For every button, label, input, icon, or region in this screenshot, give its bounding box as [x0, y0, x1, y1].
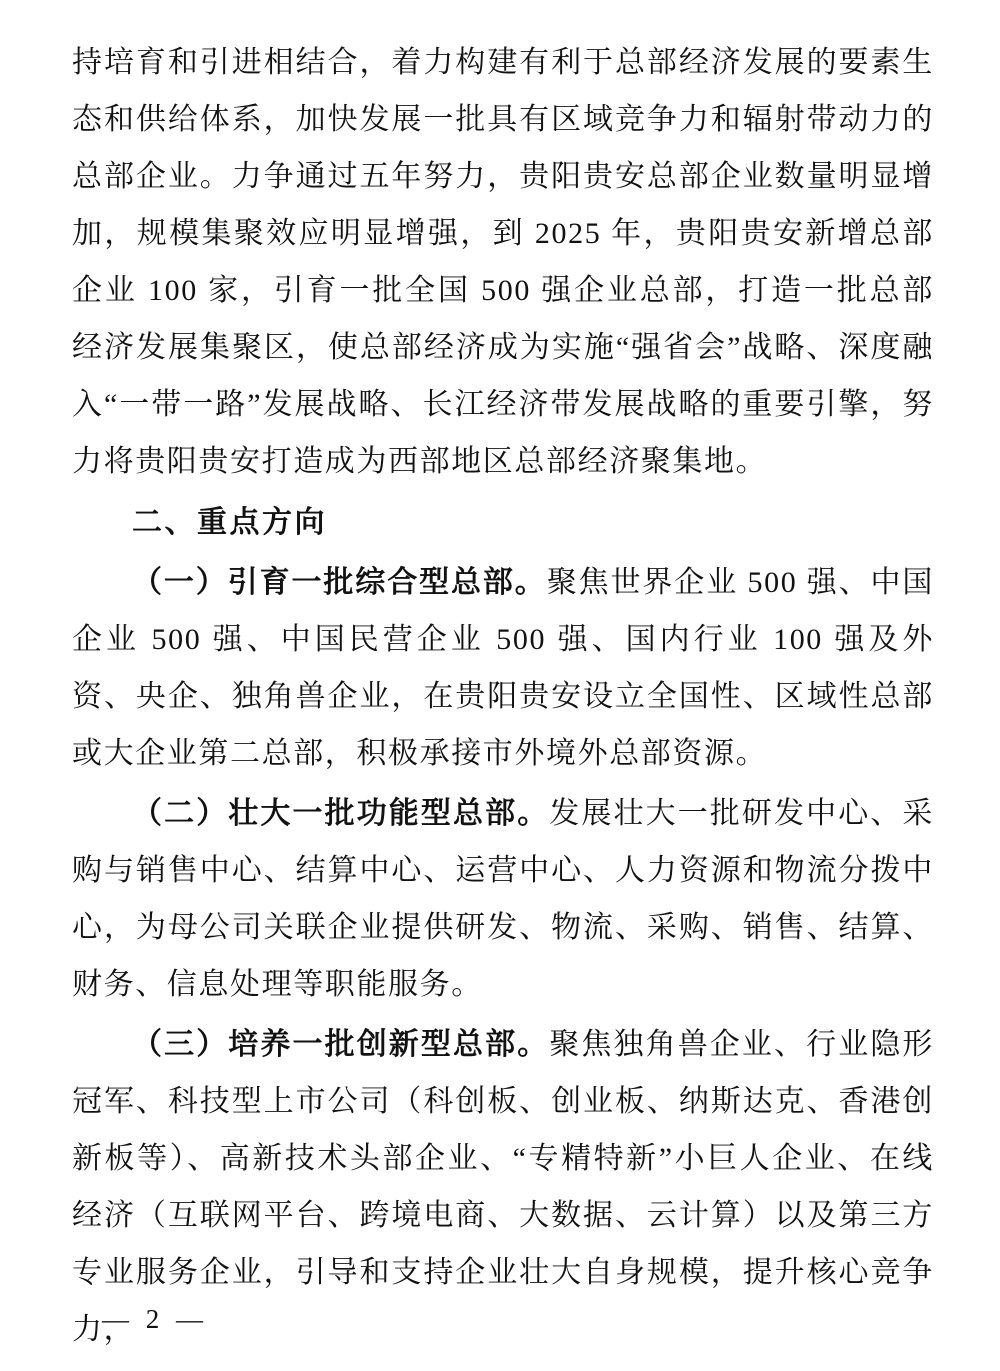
section-heading: 二、重点方向 [72, 494, 934, 551]
paragraph-item-3-text: 聚焦独角兽企业、行业隐形冠军、科技型上市公司（科创板、创业板、纳斯达克、香港创新… [72, 1028, 934, 1346]
page-number: — 2 — [102, 1304, 208, 1335]
paragraph-item-3-lead: （三）培养一批创新型总部。 [132, 1028, 549, 1061]
paragraph-continuation: 持培育和引进相结合，着力构建有利于总部经济发展的要素生态和供给体系，加快发展一批… [72, 34, 934, 490]
paragraph-item-1: （一）引育一批综合型总部。聚焦世界企业 500 强、中国企业 500 强、中国民… [72, 554, 934, 782]
paragraph-item-2-lead: （二）壮大一批功能型总部。 [132, 797, 549, 830]
paragraph-item-2: （二）壮大一批功能型总部。发展壮大一批研发中心、采购与销售中心、结算中心、运营中… [72, 785, 934, 1013]
document-body: 持培育和引进相结合，着力构建有利于总部经济发展的要素生态和供给体系，加快发展一批… [72, 34, 934, 1358]
document-page: 持培育和引进相结合，着力构建有利于总部经济发展的要素生态和供给体系，加快发展一批… [0, 0, 1000, 1371]
paragraph-item-1-lead: （一）引育一批综合型总部。 [132, 566, 547, 599]
